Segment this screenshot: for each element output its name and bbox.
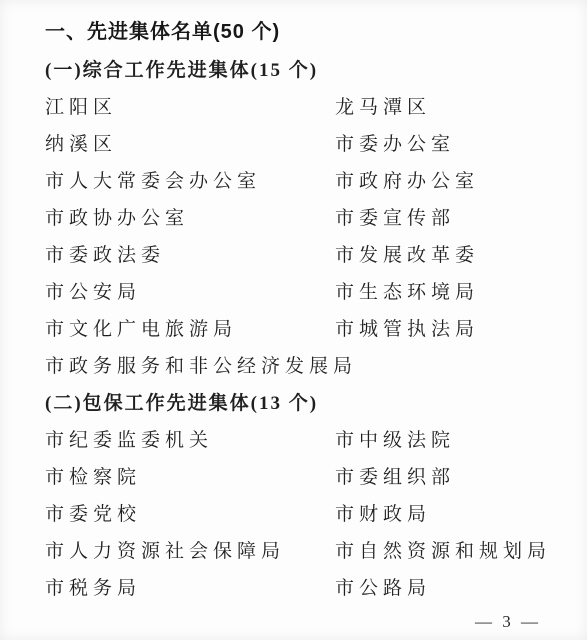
list-row: 市政协办公室 市委宣传部 [45, 200, 547, 237]
collective-name: 市公安局 [45, 274, 335, 311]
collective-name: 市委办公室 [335, 126, 547, 163]
list-row: 市人力资源社会保障局 市自然资源和规划局 [45, 533, 547, 570]
collective-name: 市生态环境局 [335, 274, 547, 311]
collective-name: 市人大常委会办公室 [45, 163, 335, 200]
collective-name: 市政府办公室 [335, 163, 547, 200]
collective-name: 市税务局 [45, 570, 335, 607]
list-row: 纳溪区 市委办公室 [45, 126, 547, 163]
document-title: 一、先进集体名单(50 个) [45, 12, 547, 52]
collective-name: 市发展改革委 [335, 237, 547, 274]
list-row: 市税务局 市公路局 [45, 570, 547, 607]
collective-name: 市人力资源社会保障局 [45, 533, 335, 570]
collective-name: 市公路局 [335, 570, 547, 607]
collective-name: 市城管执法局 [335, 311, 547, 348]
collective-name: 市委宣传部 [335, 200, 547, 237]
page-number: — 3 — [45, 607, 547, 637]
collective-name: 市委党校 [45, 496, 335, 533]
collective-name: 市政协办公室 [45, 200, 335, 237]
list-row: 市纪委监委机关 市中级法院 [45, 422, 547, 459]
list-row: 市委政法委 市发展改革委 [45, 237, 547, 274]
list-row: 市人大常委会办公室 市政府办公室 [45, 163, 547, 200]
list-row: 市文化广电旅游局 市城管执法局 [45, 311, 547, 348]
collective-name: 龙马潭区 [335, 89, 547, 126]
section-2-heading: (二)包保工作先进集体(13 个) [45, 385, 547, 422]
document-page: 一、先进集体名单(50 个) (一)综合工作先进集体(15 个) 江阳区 龙马潭… [0, 0, 587, 640]
collective-name: 纳溪区 [45, 126, 335, 163]
collective-name: 市检察院 [45, 459, 335, 496]
collective-name: 市委政法委 [45, 237, 335, 274]
collective-name: 市中级法院 [335, 422, 547, 459]
section-1-heading: (一)综合工作先进集体(15 个) [45, 52, 547, 89]
collective-name: 江阳区 [45, 89, 335, 126]
collective-name: 市财政局 [335, 496, 547, 533]
list-row: 市委党校 市财政局 [45, 496, 547, 533]
collective-name [335, 348, 547, 385]
collective-name: 市自然资源和规划局 [335, 533, 551, 570]
list-row: 市公安局 市生态环境局 [45, 274, 547, 311]
list-row: 市检察院 市委组织部 [45, 459, 547, 496]
list-row: 江阳区 龙马潭区 [45, 89, 547, 126]
collective-name: 市委组织部 [335, 459, 547, 496]
collective-name: 市文化广电旅游局 [45, 311, 335, 348]
collective-name: 市纪委监委机关 [45, 422, 335, 459]
collective-name: 市政务服务和非公经济发展局 [45, 348, 335, 385]
list-row: 市政务服务和非公经济发展局 [45, 348, 547, 385]
